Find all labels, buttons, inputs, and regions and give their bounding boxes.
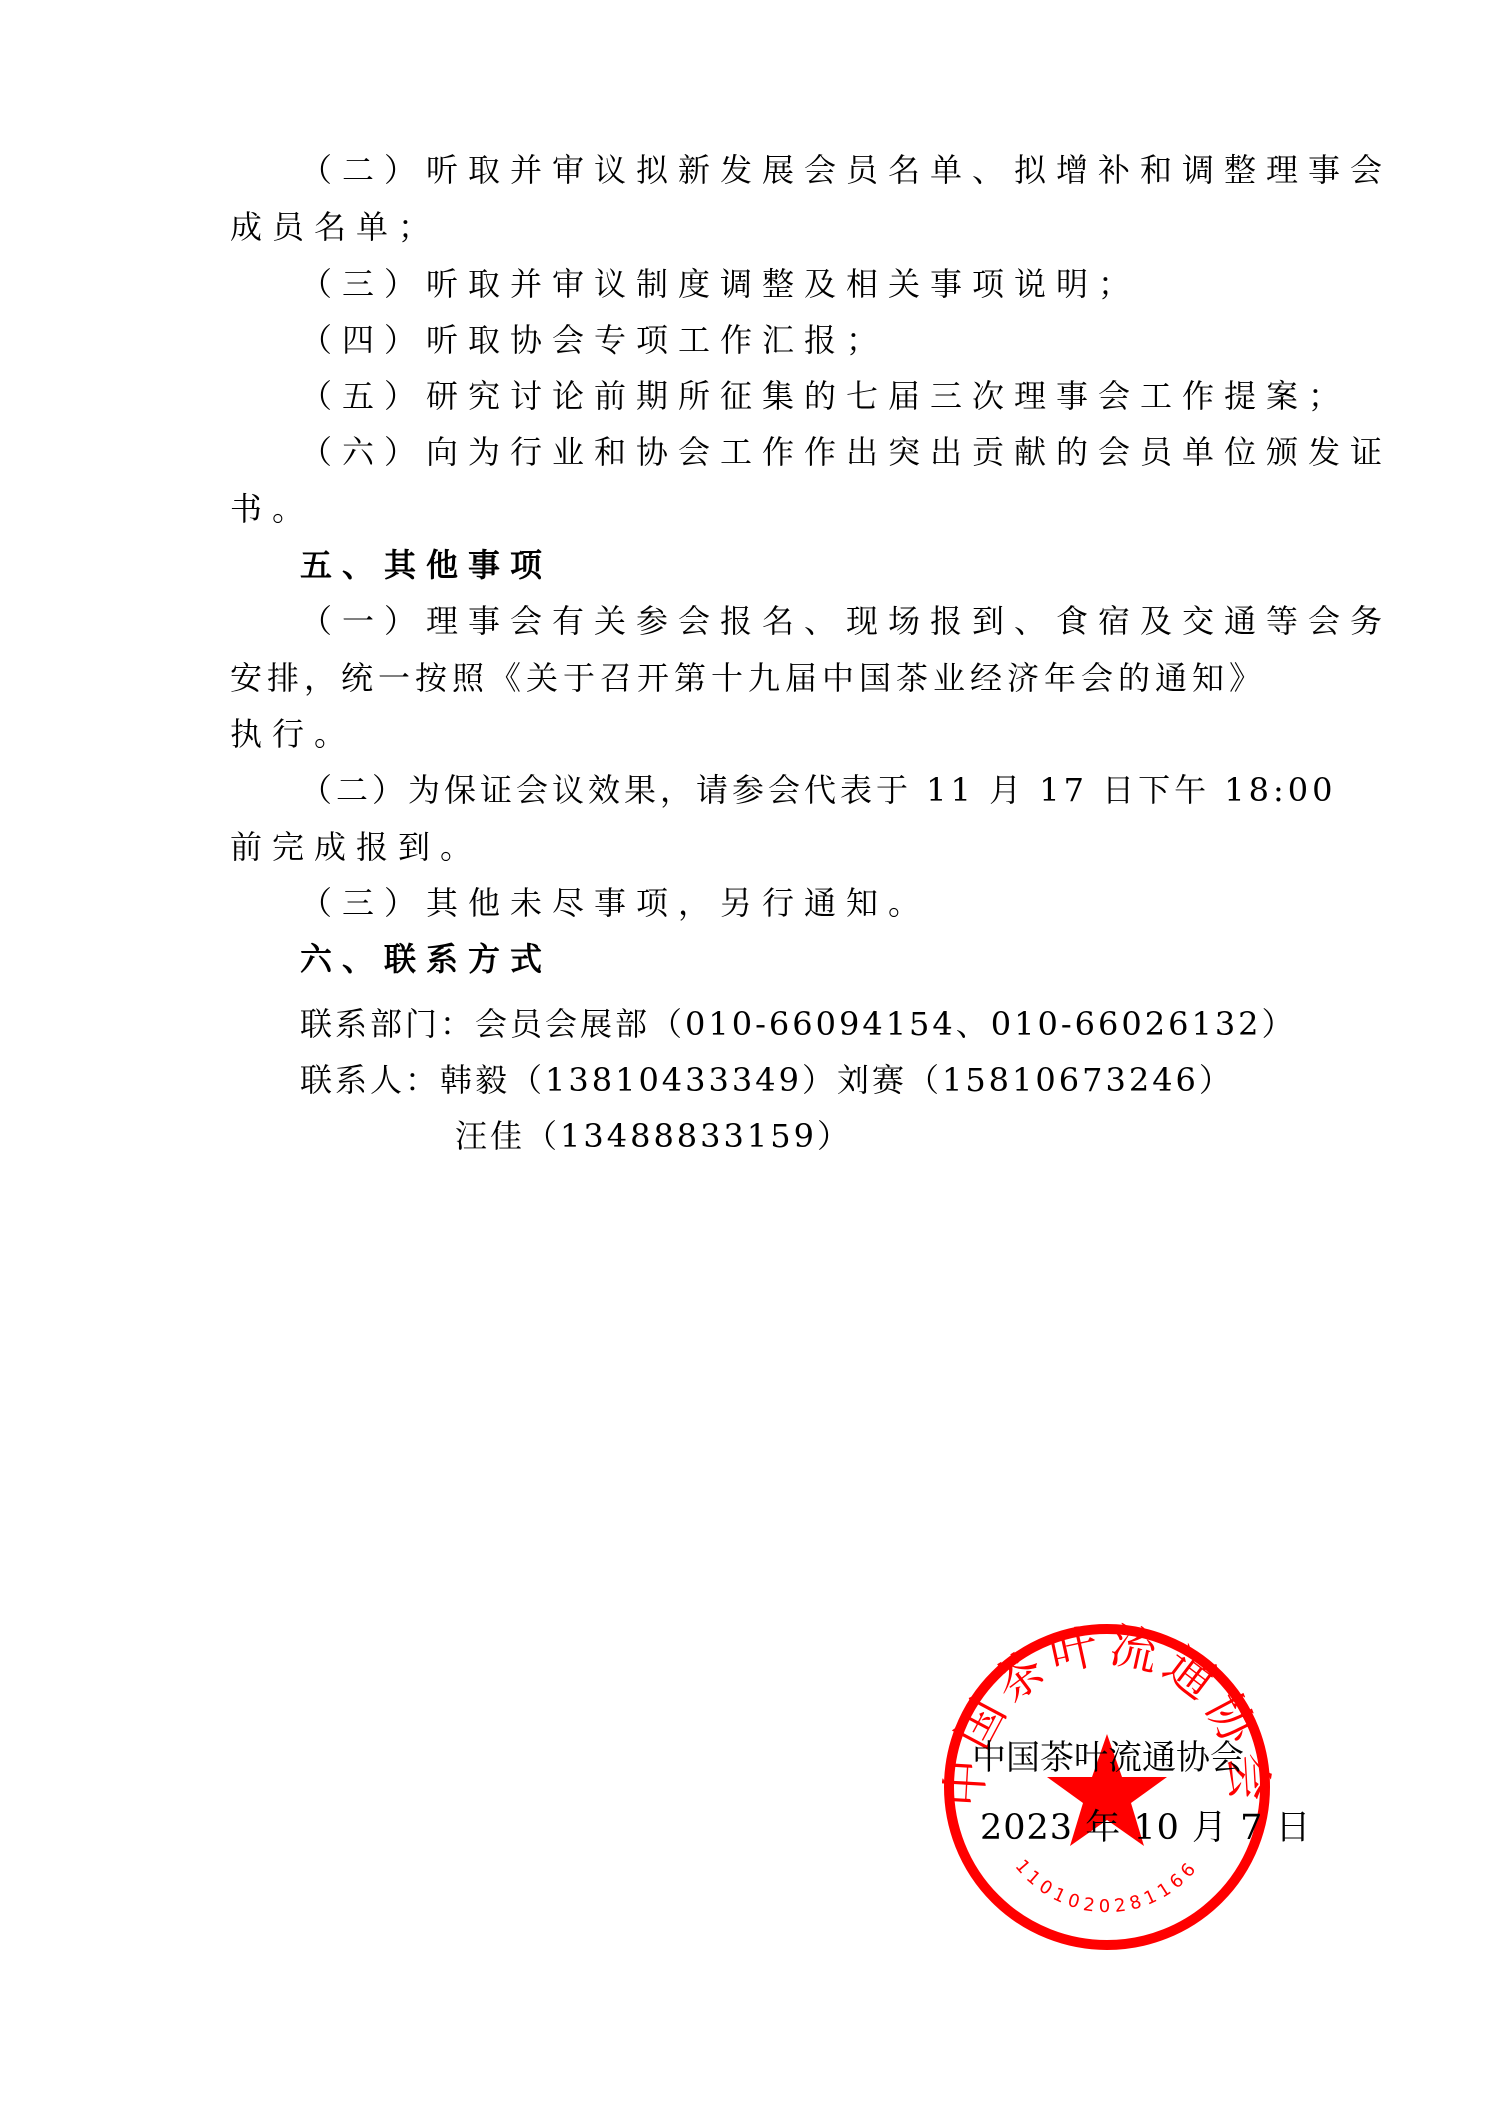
contact-persons-line2: 汪佳（13488833159） [455, 1116, 1500, 1156]
agenda-item-4: （四）听取协会专项工作汇报； [300, 320, 1345, 360]
contact-persons: 联系人：韩毅（13810433349）刘赛（15810673246） [300, 1060, 1345, 1100]
section-heading-other-matters: 五、其他事项 [300, 545, 1345, 585]
agenda-item-3: （三）听取并审议制度调整及相关事项说明； [300, 264, 1345, 304]
agenda-item-2-continuation: 成员名单； [230, 207, 1275, 247]
document-page: （二）听取并审议拟新发展会员名单、拟增补和调整理事会 成员名单； （三）听取并审… [0, 0, 1500, 2121]
other-item-1-line3: 执行。 [230, 714, 1275, 754]
section-heading-contact: 六、联系方式 [300, 939, 1345, 979]
contact-department: 联系部门：会员会展部（010-66094154、010-66026132） [300, 1004, 1345, 1044]
signature-date: 2023 年 10 月 7 日 [980, 1808, 1312, 1848]
svg-text:1101020281166: 1101020281166 [1011, 1856, 1203, 1918]
other-item-1-line2: 安排，统一按照《关于召开第十九届中国茶业经济年会的通知》 [230, 658, 1275, 698]
official-seal: 中国茶叶流通协会 1101020281166 [942, 1622, 1272, 1952]
other-item-3: （三）其他未尽事项，另行通知。 [300, 883, 1345, 923]
other-item-1: （一）理事会有关参会报名、现场报到、食宿及交通等会务 [300, 601, 1345, 641]
agenda-item-5: （五）研究讨论前期所征集的七届三次理事会工作提案； [300, 376, 1345, 416]
other-item-2: （二）为保证会议效果，请参会代表于 11 月 17 日下午 18:00 [300, 770, 1345, 810]
seal-serial: 1101020281166 [1011, 1856, 1203, 1918]
agenda-item-2: （二）听取并审议拟新发展会员名单、拟增补和调整理事会 [300, 150, 1345, 190]
signature-organization: 中国茶叶流通协会 [972, 1738, 1244, 1778]
agenda-item-6-continuation: 书。 [230, 489, 1275, 529]
other-item-2-line2: 前完成报到。 [230, 827, 1275, 867]
agenda-item-6: （六）向为行业和协会工作作出突出贡献的会员单位颁发证 [300, 432, 1345, 472]
